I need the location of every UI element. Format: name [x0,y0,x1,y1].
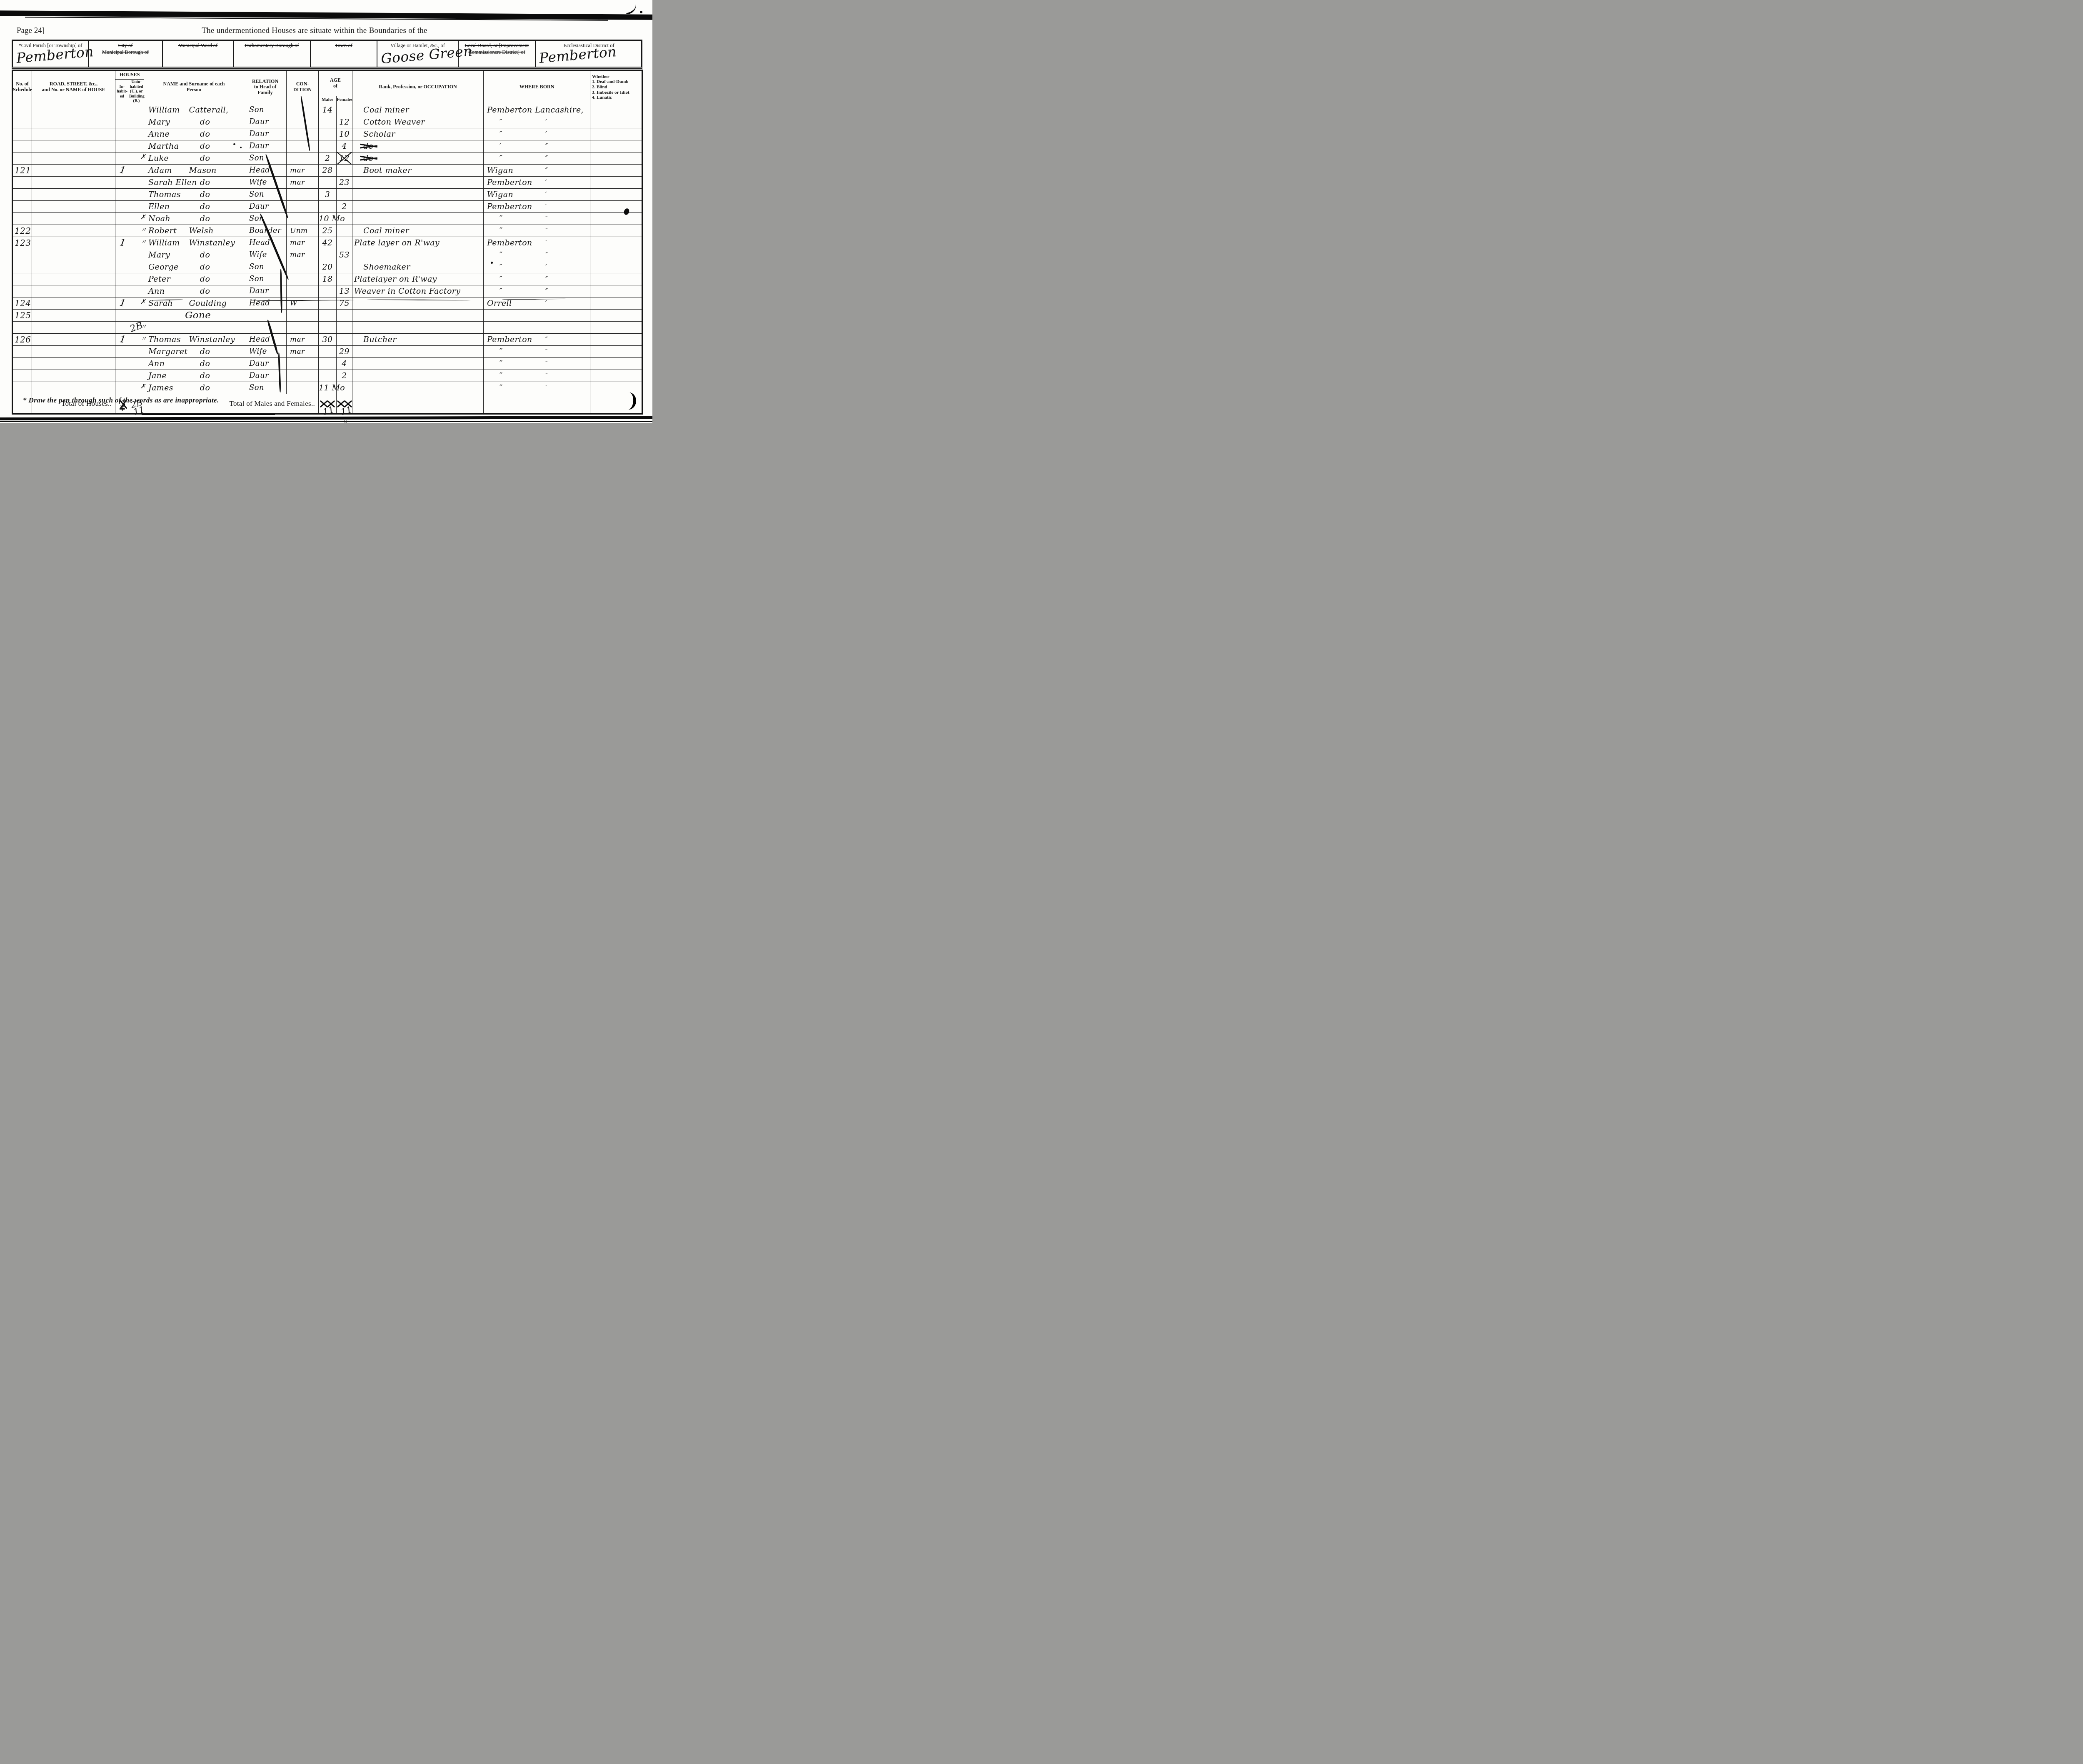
relation-value: Daur [249,202,269,211]
inhabited-mark: 1 [119,297,127,309]
uninhabited-cell [129,176,144,188]
inhabited-cell [115,249,129,261]
condition-cell [287,382,319,394]
relation-value: Son [249,383,264,392]
where-born-cell: ″ ″ [484,357,590,370]
where-born-cell: ″ ″ [484,285,590,297]
age-male-value: 2 [325,154,330,163]
age-female-cell: 29 [337,345,352,357]
age-female-cell [337,237,352,249]
occupation-cell [352,309,484,321]
road-cell [32,321,115,333]
schedule-cell [12,140,32,152]
enumeration-row: Mary do Wife mar 53 ″ ″ [12,249,642,261]
age-female-cell [337,382,352,394]
inhabited-cell [115,116,129,128]
age-male-cell: 30 [319,333,337,345]
born-place: ″ [500,275,503,284]
whether-infirm-cell [590,164,642,176]
age-female-cell [337,188,352,200]
whether-infirm-cell [590,140,642,152]
age-male-cell [319,128,337,140]
condition-cell [287,261,319,273]
age-male-cell [319,357,337,370]
condition-cell [287,188,319,200]
relation-value: Wife [249,250,267,259]
uninhabited-cell [129,309,144,321]
inhabited-cell [115,261,129,273]
total-females-checkmark: ∨ [343,418,348,424]
uninhabited-cell [129,261,144,273]
uninhabited-cell: 2B [129,321,144,333]
occupation-value: Coal miner [363,105,409,115]
enumeration-row: 121 1 Adam Mason Head mar 28 Boot maker … [12,164,642,176]
schedule-cell [12,261,32,273]
inhabited-cell [115,285,129,297]
field-label: Town of [311,42,377,49]
whether-infirm-cell [590,321,642,333]
occupation-cell: Butcher [352,333,484,345]
surname-or-ditto: do [200,190,210,199]
uninhabited-cell [129,357,144,370]
enumeration-row: Margaret do Wife mar 29 ″ ″ [12,345,642,357]
where-born-cell: Wigan ′ [484,188,590,200]
born-ditto: ″ [545,275,548,283]
age-female-cell: 10 [337,128,352,140]
whether-infirm-cell [590,188,642,200]
born-place: ″ [500,287,503,296]
col-inhabited: In- habit- ed [115,80,129,104]
occupation-value: Cotton Weaver [363,117,425,127]
born-ditto: ″ [545,347,548,355]
whether-infirm-cell [590,212,642,225]
uninhabited-cell [129,345,144,357]
condition-cell [287,116,319,128]
born-ditto: ″ [545,154,548,162]
relation-cell: Wife [244,176,287,188]
relation-value: Daur [249,371,269,380]
condition-value: mar [290,251,305,259]
name-cell: Peter do [144,273,244,285]
form-footnote: * Draw the pen through such of the words… [23,396,219,405]
born-place: ″ [500,214,503,223]
uninhabited-cell [129,116,144,128]
age-male-value: 42 [322,238,333,247]
age-male-value: 28 [322,166,333,175]
age-female-cell [337,104,352,116]
inhabited-cell [115,309,129,321]
whether-infirm-cell [590,237,642,249]
inhabited-mark: 1 [119,164,127,176]
surname-or-ditto: do [200,130,210,139]
scan-edge-bottom-thin [0,421,652,422]
given-name: Anne [148,130,170,139]
totals-born-cell [484,394,590,414]
born-ditto: ′ [545,130,547,138]
occupation-cell [352,188,484,200]
given-name: Mary [148,250,170,260]
given-name: Jane [148,371,167,380]
age-male-cell: 42 [319,237,337,249]
surname-or-ditto: do [200,275,210,284]
age-male-cell: 11 Mo [319,382,337,394]
born-place: Wigan [487,190,513,199]
road-cell [32,370,115,382]
name-cell: Ann do [144,285,244,297]
enumeration-row: 122 〃 Robert Welsh Boarder Unm 25 Coal m… [12,225,642,237]
condition-cell: mar [287,333,319,345]
given-name: Martha [148,142,179,151]
condition-cell [287,309,319,321]
name-cell: Mary do [144,249,244,261]
whether-infirm-cell [590,309,642,321]
title-row: Page 24] The undermentioned Houses are s… [12,23,642,40]
condition-value: mar [290,166,305,175]
name-cell: 〃 William Winstanley [144,237,244,249]
enumeration-row: Ann do Daur 4 ″ ″ [12,357,642,370]
age-male-cell: 2 [319,152,337,164]
road-cell [32,261,115,273]
schedule-cell: 125 [12,309,32,321]
age-male-value: 30 [322,335,333,344]
whether-infirm-cell [590,285,642,297]
born-place: ″ [500,226,503,235]
occupation-cell [352,345,484,357]
age-male-cell [319,321,337,333]
age-male-cell: 10 Mo [319,212,337,225]
totals-occupation-cell [352,394,484,414]
age-female-value: 23 [339,178,350,187]
col-occupation: Rank, Profession, or OCCUPATION [352,70,484,104]
name-cell: Gone [144,309,244,321]
road-cell [32,382,115,394]
age-male-cell [319,249,337,261]
occupation-cell: do [352,140,484,152]
relation-cell: Head [244,333,287,345]
inhabited-cell [115,200,129,212]
uninhabited-cell [129,200,144,212]
born-place: ″ [500,359,503,368]
whether-infirm-cell [590,297,642,309]
relation-value: Son [249,105,264,114]
relation-cell: Daur [244,116,287,128]
surname-or-ditto: do [200,202,210,211]
relation-cell: Head [244,297,287,309]
age-male-cell: 25 [319,225,337,237]
margin-pen-mark: ✗ [140,153,146,160]
enumeration-row: George do Son 20 Shoemaker ″ ′ [12,261,642,273]
schedule-cell: 126 [12,333,32,345]
name-cell: ✗ Luke do [144,152,244,164]
enumeration-row: Mary do Daur 12 Cotton Weaver ″ ′ [12,116,642,128]
condition-value: mar [290,178,305,187]
uninhabited-cell [129,140,144,152]
where-born-cell: ″ ′ [484,261,590,273]
relation-cell: Son [244,152,287,164]
road-cell [32,128,115,140]
schedule-number: 123 [15,238,31,248]
age-female-value: 4 [342,142,347,151]
born-ditto: ″ [545,227,548,235]
age-female-cell [337,225,352,237]
schedule-number: 126 [15,335,31,345]
col-age-group: AGE of [319,70,352,96]
given-name: George [148,262,179,272]
surname-or-ditto: do [200,117,210,127]
schedule-cell [12,176,32,188]
surname-or-ditto: Catterall, [189,105,229,115]
where-born-cell: ″ ′ [484,382,590,394]
age-male-cell [319,370,337,382]
condition-cell: mar [287,237,319,249]
condition-cell: mar [287,345,319,357]
surname-or-ditto: do [200,383,210,392]
age-female-value: 29 [339,347,350,356]
relation-cell: Head [244,237,287,249]
age-female-cell: 13 [337,285,352,297]
margin-pen-mark: ✗ [140,298,146,305]
born-place: ″ [500,383,503,392]
occupation-cell [352,212,484,225]
occupation-value: do [363,142,373,151]
where-born-cell [484,321,590,333]
road-cell [32,116,115,128]
occupation-value: Weaver in Cotton Factory [354,287,460,296]
occupation-cell [352,200,484,212]
whether-infirm-cell [590,176,642,188]
header-fields: *Civil Parish [or Township] of Pemberton… [12,40,642,69]
col-road: ROAD, STREET, &c., and No. or NAME of HO… [32,70,115,104]
name-cell: 〃 Robert Welsh [144,225,244,237]
whether-infirm-cell [590,273,642,285]
where-born-cell: ″ ″ [484,249,590,261]
occupation-cell [352,370,484,382]
col-uninhabited: Unin- habited (U.), or Building (B.) [129,80,144,104]
road-cell [32,152,115,164]
inhabited-cell [115,104,129,116]
given-name: Adam [148,166,172,175]
where-born-cell: Pemberton ′ [484,176,590,188]
age-female-cell: 4 [337,140,352,152]
scan-line-bottom-partial [142,414,275,415]
inhabited-cell: 1 [115,164,129,176]
col-age-males: Males [319,96,337,104]
occupation-value: Coal miner [363,226,409,235]
given-name: Ann [148,287,165,296]
margin-pen-mark: 〃 [140,334,147,343]
born-ditto: ″ [545,251,548,259]
surname-or-ditto: Winstanley [189,238,235,247]
whether-infirm-cell [590,249,642,261]
where-born-cell [484,309,590,321]
where-born-cell: Wigan ″ [484,164,590,176]
surname-or-ditto: do [200,359,210,368]
condition-cell [287,152,319,164]
age-female-cell: 12 [337,152,352,164]
age-male-value: 25 [322,226,333,235]
schedule-cell: 122 [12,225,32,237]
whether-infirm-cell [590,333,642,345]
ink-speck [240,147,242,148]
age-female-value: 53 [339,250,350,260]
age-male-value: 14 [322,105,333,115]
col-houses-group: HOUSES [115,70,144,80]
schedule-cell [12,357,32,370]
relation-value: Head [249,238,270,247]
occupation-cell: Shoemaker [352,261,484,273]
relation-value: Daur [249,130,269,138]
enumeration-rows: William Catterall, Son 14 Coal miner Pem… [12,104,642,394]
header-field: *Civil Parish [or Township] of Pemberton [13,41,89,67]
age-male-cell [319,116,337,128]
where-born-cell: Pemberton ′ [484,237,590,249]
header-field: Municipal Ward of [163,41,234,67]
born-place: ″ [500,117,503,127]
inhabited-cell [115,370,129,382]
given-name: Ann [148,359,165,368]
inhabited-cell [115,357,129,370]
road-cell [32,140,115,152]
occupation-cell [352,357,484,370]
field-label: Municipal Ward of [163,42,233,49]
where-born-cell: ″ ″ [484,225,590,237]
age-male-cell [319,176,337,188]
schedule-cell [12,249,32,261]
whether-infirm-cell [590,382,642,394]
born-ditto: ″ [545,166,548,174]
sheet-title: The undermentioned Houses are situate wi… [12,26,617,35]
road-cell [32,212,115,225]
road-cell [32,285,115,297]
occupation-cell: Platelayer on R'way [352,273,484,285]
enumeration-row: Martha do Daur 4 do ′ ″ [12,140,642,152]
condition-cell [287,321,319,333]
given-name: Sarah Ellen [148,178,197,187]
col-schedule: No. of Schedule [12,70,32,104]
enumeration-row: 126 1 〃 Thomas Winstanley Head mar 30 Bu… [12,333,642,345]
name-cell: Margaret do [144,345,244,357]
inhabited-cell [115,225,129,237]
occupation-value: Shoemaker [363,262,410,272]
condition-value: mar [290,239,305,247]
condition-cell: W [287,297,319,309]
name-cell: ✗ Sarah Goulding [144,297,244,309]
total-males: 11 [319,394,337,414]
name-cell: 〃 Thomas Winstanley [144,333,244,345]
inhabited-cell [115,140,129,152]
given-name: Thomas [148,335,181,344]
ink-dot [640,11,642,13]
where-born-cell: ″ ″ [484,273,590,285]
enumeration-row: Thomas do Son 3 Wigan ′ [12,188,642,200]
age-male-cell: 20 [319,261,337,273]
born-place: Pemberton [487,178,532,187]
enumeration-row: ✗ James do Son 11 Mo ″ ′ [12,382,642,394]
occupation-cell [352,321,484,333]
name-cell: Thomas do [144,188,244,200]
occupation-cell: do [352,152,484,164]
column-headers: No. of Schedule ROAD, STREET, &c., and N… [12,70,642,104]
condition-cell [287,212,319,225]
age-female-cell: 2 [337,200,352,212]
enumeration-row: ✗ Luke do Son 2 12 do ″ ″ [12,152,642,164]
occupation-cell: Boot maker [352,164,484,176]
name-cell: 〃 [144,321,244,333]
age-female-cell [337,261,352,273]
road-cell [32,333,115,345]
surname-or-ditto: do [200,287,210,296]
born-ditto: ″ [545,335,548,343]
born-place: Pemberton [487,202,532,211]
age-female-cell [337,273,352,285]
col-age-females: Females [337,96,352,104]
born-ditto: ″ [545,287,548,295]
age-female-cell [337,164,352,176]
whether-infirm-cell [590,200,642,212]
schedule-number: 122 [15,226,31,236]
name-cell: Adam Mason [144,164,244,176]
born-ditto: ′ [545,118,547,126]
surname-or-ditto: do [200,154,210,163]
schedule-number: 124 [15,298,31,308]
ink-speck [233,143,235,145]
occupation-cell: Weaver in Cotton Factory [352,285,484,297]
age-male-cell [319,345,337,357]
condition-cell [287,273,319,285]
age-female-cell: 2 [337,370,352,382]
age-male-cell [319,140,337,152]
surname-or-ditto: do [200,250,210,260]
col-name: NAME and Surname of each Person [144,70,244,104]
enumeration-row: Jane do Daur 2 ″ ″ [12,370,642,382]
inhabited-cell [115,176,129,188]
given-name: William [148,238,180,247]
relation-cell: Daur [244,200,287,212]
header-field: Ecclesiastical District of Pemberton [536,41,642,67]
born-place: Wigan [487,166,513,175]
age-male-value: 18 [322,275,333,284]
uninhabited-cell [129,188,144,200]
born-ditto: ″ [545,360,548,367]
inhabited-cell [115,382,129,394]
occupation-value: Scholar [363,130,395,139]
occupation-value: Platelayer on R'way [354,275,437,284]
where-born-cell: ″ ″ [484,212,590,225]
road-cell [32,200,115,212]
name-cell: Sarah Ellen do [144,176,244,188]
relation-value: Wife [249,347,267,356]
age-male-cell [319,285,337,297]
whether-infirm-cell [590,116,642,128]
relation-value: Daur [249,287,269,295]
census-scan-page: Page 24] The undermentioned Houses are s… [0,0,652,423]
col-whether-infirm: Whether 1. Deaf-and-Dumb 2. Blind 3. Imb… [590,70,642,104]
occupation-value: Butcher [363,335,397,344]
born-place: ″ [500,262,503,272]
census-form: Page 24] The undermentioned Houses are s… [12,23,642,415]
relation-value: Wife [249,178,267,187]
whether-infirm-cell [590,345,642,357]
occupation-cell [352,382,484,394]
col-relation: RELATION to Head of Family [244,70,287,104]
relation-value: Son [249,190,264,199]
surname-or-ditto: Welsh [189,226,214,235]
whether-infirm-cell [590,261,642,273]
schedule-cell [12,382,32,394]
inhabited-cell [115,345,129,357]
age-female-cell: 23 [337,176,352,188]
age-female-cell [337,321,352,333]
